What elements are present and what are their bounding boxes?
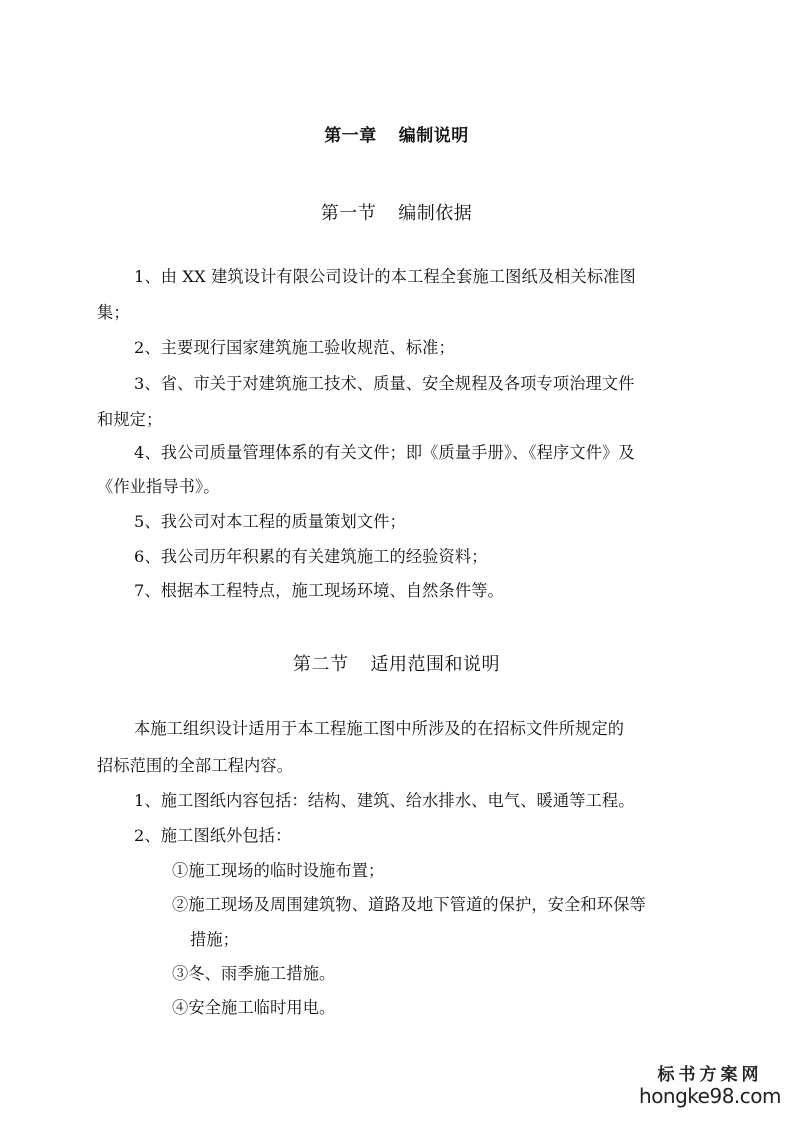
scope-intro: 本施工组织设计适用于本工程施工图中所涉及的在招标文件所规定的 xyxy=(134,718,624,740)
scope-subitem-4: ④安全施工临时用电。 xyxy=(172,997,335,1019)
basis-item-3-cont: 和规定； xyxy=(97,409,162,431)
section1-heading: 第一节编制依据 xyxy=(0,199,793,225)
basis-item-6: 6、我公司历年积累的有关建筑施工的经验资料； xyxy=(134,546,488,568)
chapter-heading: 第一章编制说明 xyxy=(0,121,793,146)
scope-item-1: 1、施工图纸内容包括：结构、建筑、给水排水、电气、暖通等工程。 xyxy=(134,790,635,812)
section1-number: 第一节 xyxy=(321,203,377,224)
scope-subitem-2-cont: 措施； xyxy=(190,929,239,951)
basis-item-4: 4、我公司质量管理体系的有关文件；即《质量手册》、《程序文件》及 xyxy=(134,442,635,464)
watermark-cn: 标书方案网 xyxy=(639,1065,781,1085)
basis-item-5: 5、我公司对本工程的质量策划文件； xyxy=(134,511,406,533)
watermark: 标书方案网 hongke98.com xyxy=(639,1065,781,1107)
chapter-title: 编制说明 xyxy=(399,126,469,146)
scope-intro-cont: 招标范围的全部工程内容。 xyxy=(97,755,293,777)
basis-item-3: 3、省、市关于对建筑施工技术、质量、安全规程及各项专项治理文件 xyxy=(134,373,635,395)
scope-subitem-3: ③冬、雨季施工措施。 xyxy=(172,963,335,985)
document-page: 第一章编制说明 第一节编制依据 1、由 XX 建筑设计有限公司设计的本工程全套施… xyxy=(0,0,793,1122)
scope-item-2: 2、施工图纸外包括： xyxy=(134,825,292,847)
basis-item-4-cont: 《作业指导书》。 xyxy=(97,476,220,498)
basis-item-2: 2、主要现行国家建筑施工验收规范、标准； xyxy=(134,337,455,359)
scope-subitem-2: ②施工现场及周围建筑物、道路及地下管道的保护，安全和环保等 xyxy=(172,894,646,916)
scope-subitem-1: ①施工现场的临时设施布置； xyxy=(172,860,384,882)
section2-heading: 第二节适用范围和说明 xyxy=(0,650,793,676)
chapter-number: 第一章 xyxy=(324,126,377,146)
basis-item-1-cont: 集； xyxy=(97,302,130,324)
basis-item-7: 7、根据本工程特点，施工现场环境、自然条件等。 xyxy=(134,580,504,602)
watermark-en: hongke98.com xyxy=(639,1085,781,1107)
basis-item-1: 1、由 XX 建筑设计有限公司设计的本工程全套施工图纸及相关标准图 xyxy=(134,266,636,288)
section2-number: 第二节 xyxy=(293,654,349,675)
section2-title: 适用范围和说明 xyxy=(371,654,501,675)
section1-title: 编制依据 xyxy=(398,203,472,224)
